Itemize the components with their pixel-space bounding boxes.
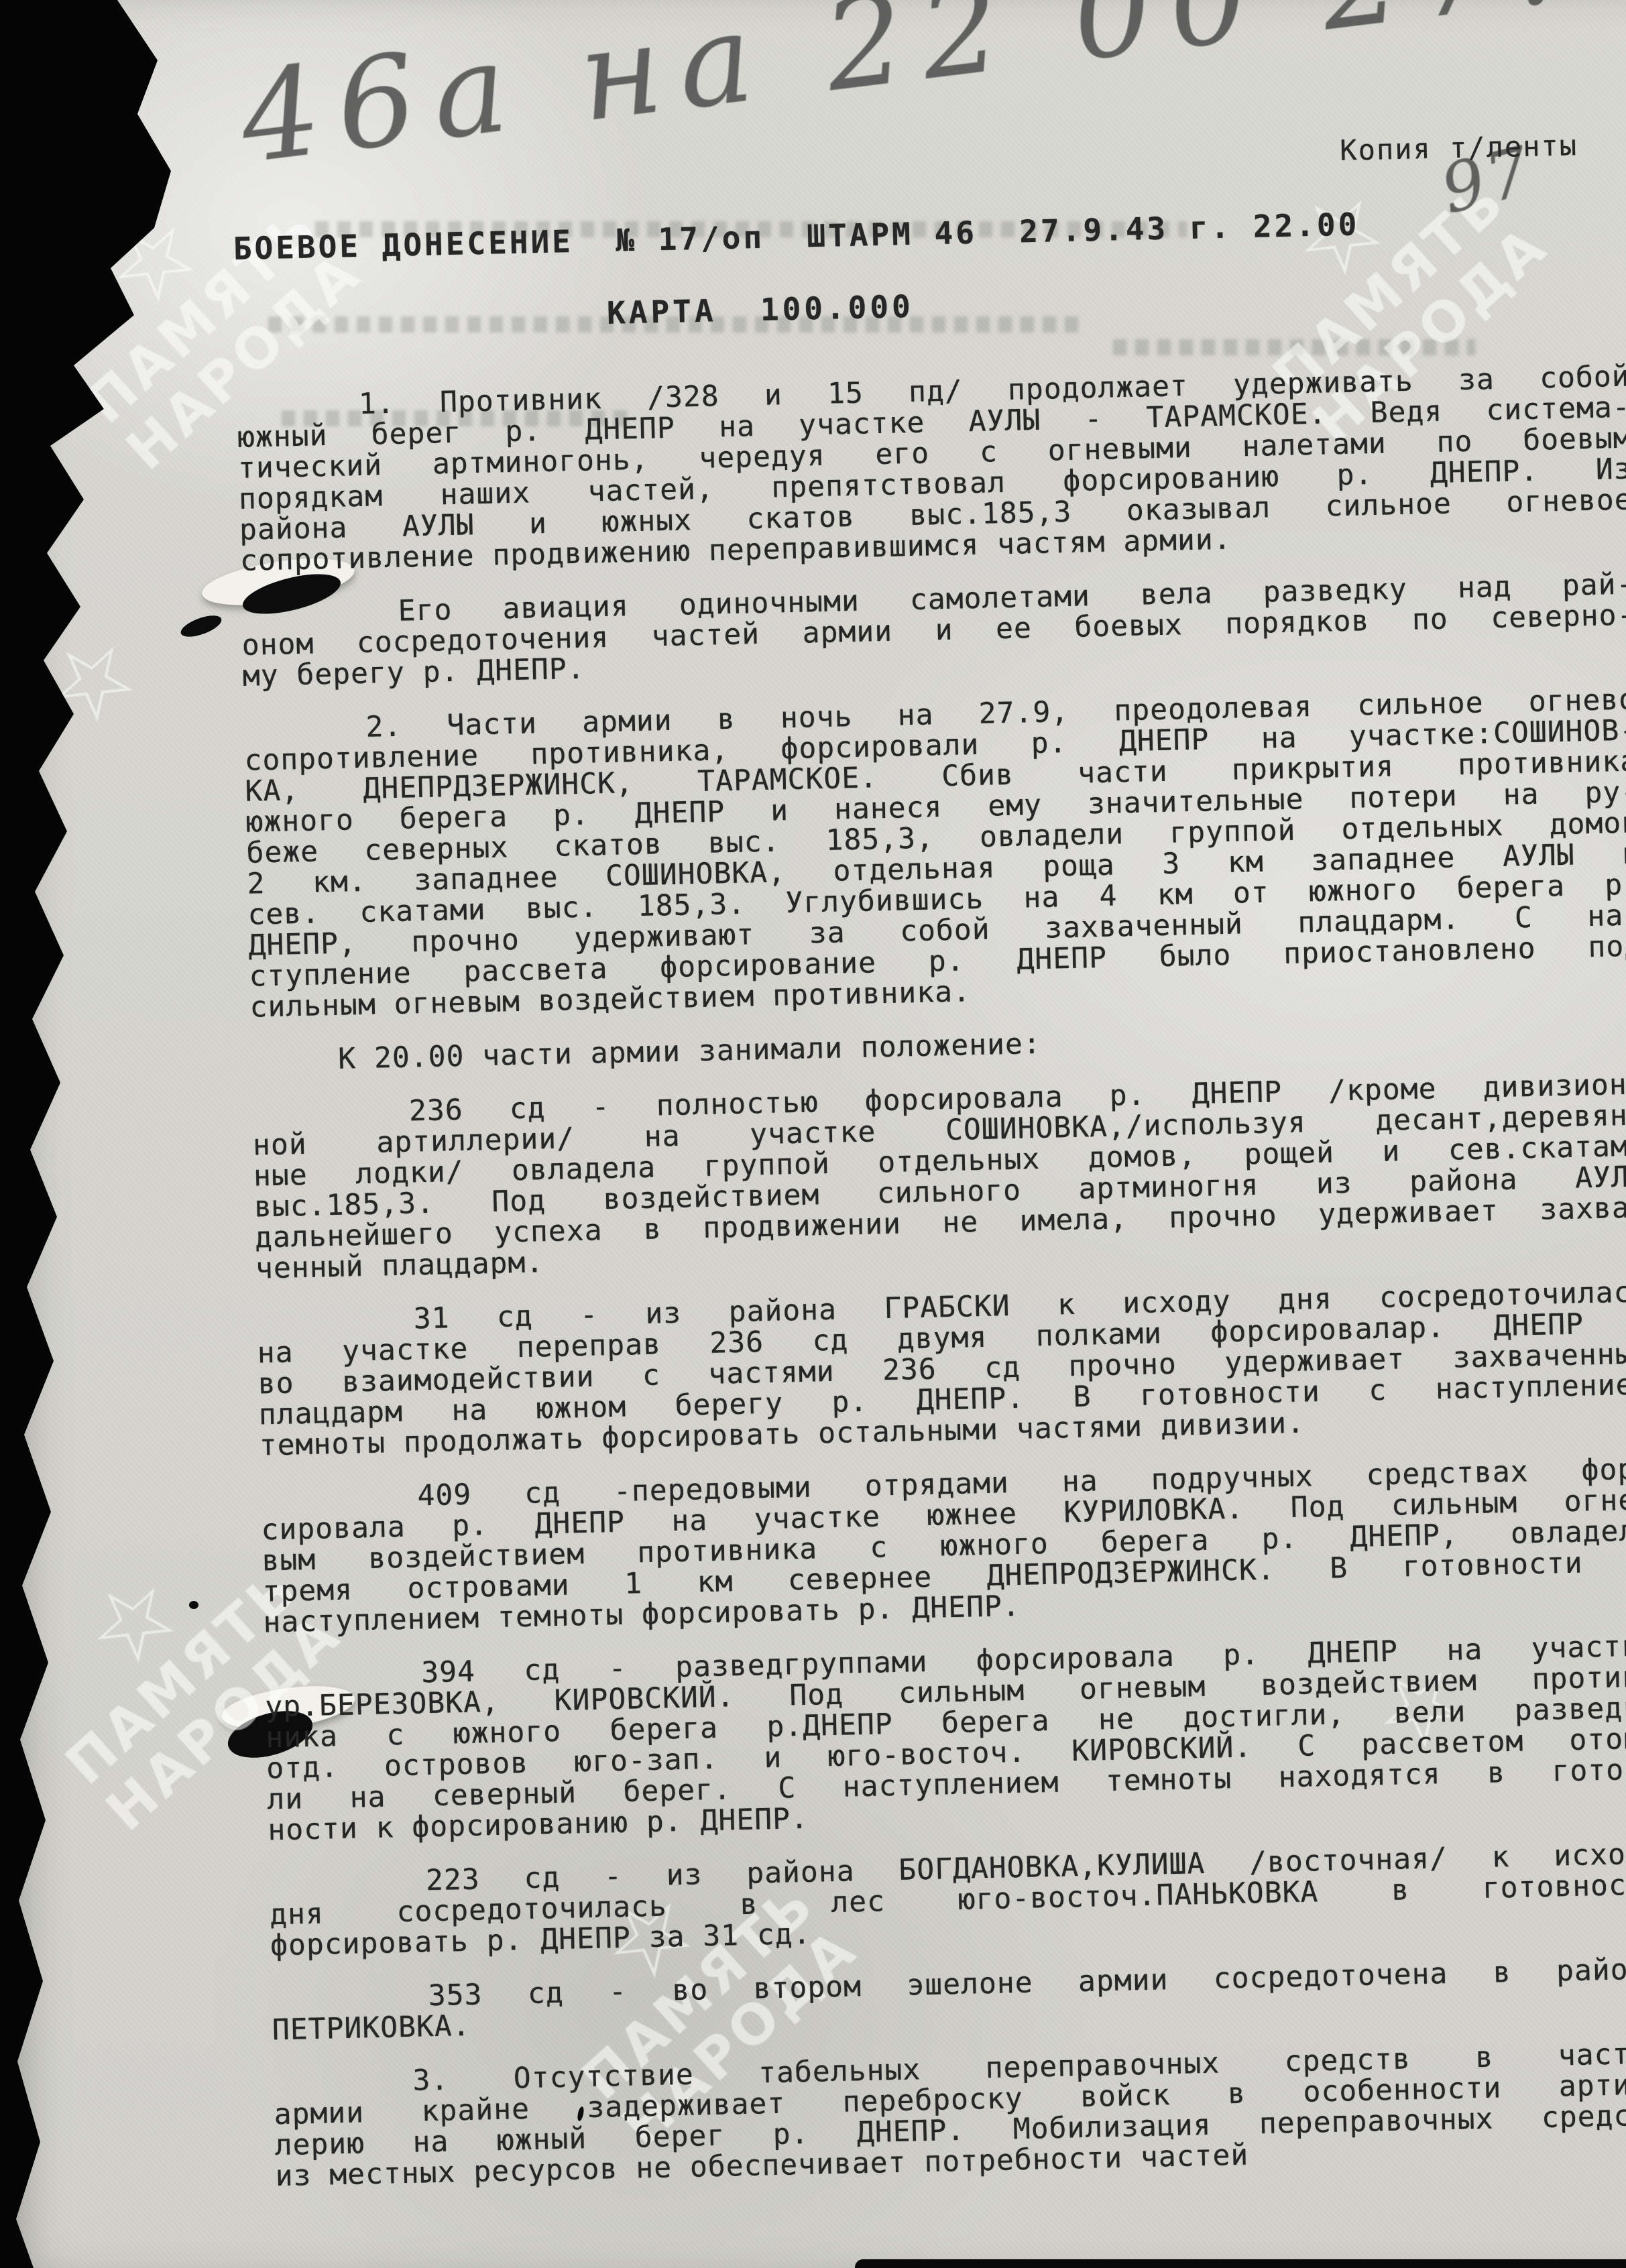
text-line: К 20.00 части армии занимали положение: [251, 1015, 1626, 1076]
paper-speck [189, 1601, 198, 1609]
paragraphs: 1. Противник /328 и 15 пд/ продолжает уд… [237, 361, 1626, 2192]
paper-sheet: ☆ ПАМЯТЬ НАРОДА ☆ ПАМЯТЬ НАРОДА ☆ ПАМЯТЬ… [0, 0, 1626, 2268]
archive-watermark: ☆ [30, 618, 155, 743]
typed-content: Копия т/ленты БОЕВОЕ ДОНЕСЕНИЕ № 17/оп Ш… [231, 129, 1626, 2215]
paragraph: 353 сд - во втором эшелоне армии сосредо… [271, 1954, 1626, 2045]
map-scale-line: КАРТА 100.000 [235, 274, 1626, 338]
paragraph: 1. Противник /328 и 15 пд/ продолжает уд… [237, 361, 1626, 577]
scan-edge-shadow [855, 2259, 1626, 2268]
paragraph: 223 сд - из района БОГДАНОВКА,КУЛИША /во… [269, 1838, 1626, 1961]
paragraph: 409 сд -передовыми отрядами на подручных… [260, 1453, 1626, 1638]
paragraph: 394 сд - разведгруппами форсировала р. Д… [264, 1630, 1626, 1846]
paragraph: Его авиация одиночными самолетами вела р… [241, 569, 1626, 692]
paragraph: К 20.00 части армии занимали положение: [251, 1015, 1626, 1076]
paragraph: 31 сд - из района ГРАБСКИ к исходу дня с… [256, 1276, 1626, 1461]
paragraph: 236 сд - полностью форсировала р. ДНЕПР … [252, 1069, 1626, 1284]
scanned-document: { "document": { "handwritten_note": "46а… [0, 0, 1626, 2268]
star-icon: ☆ [30, 618, 155, 743]
report-title: БОЕВОЕ ДОНЕСЕНИЕ № 17/оп ШТАРМ 46 27.9.4… [233, 202, 1626, 265]
paper-hole [178, 611, 224, 641]
paragraph: 3. Отсутствие табельных переправочных ср… [273, 2038, 1626, 2192]
paragraph: 2. Части армии в ночь на 27.9, преодолев… [243, 684, 1626, 1022]
